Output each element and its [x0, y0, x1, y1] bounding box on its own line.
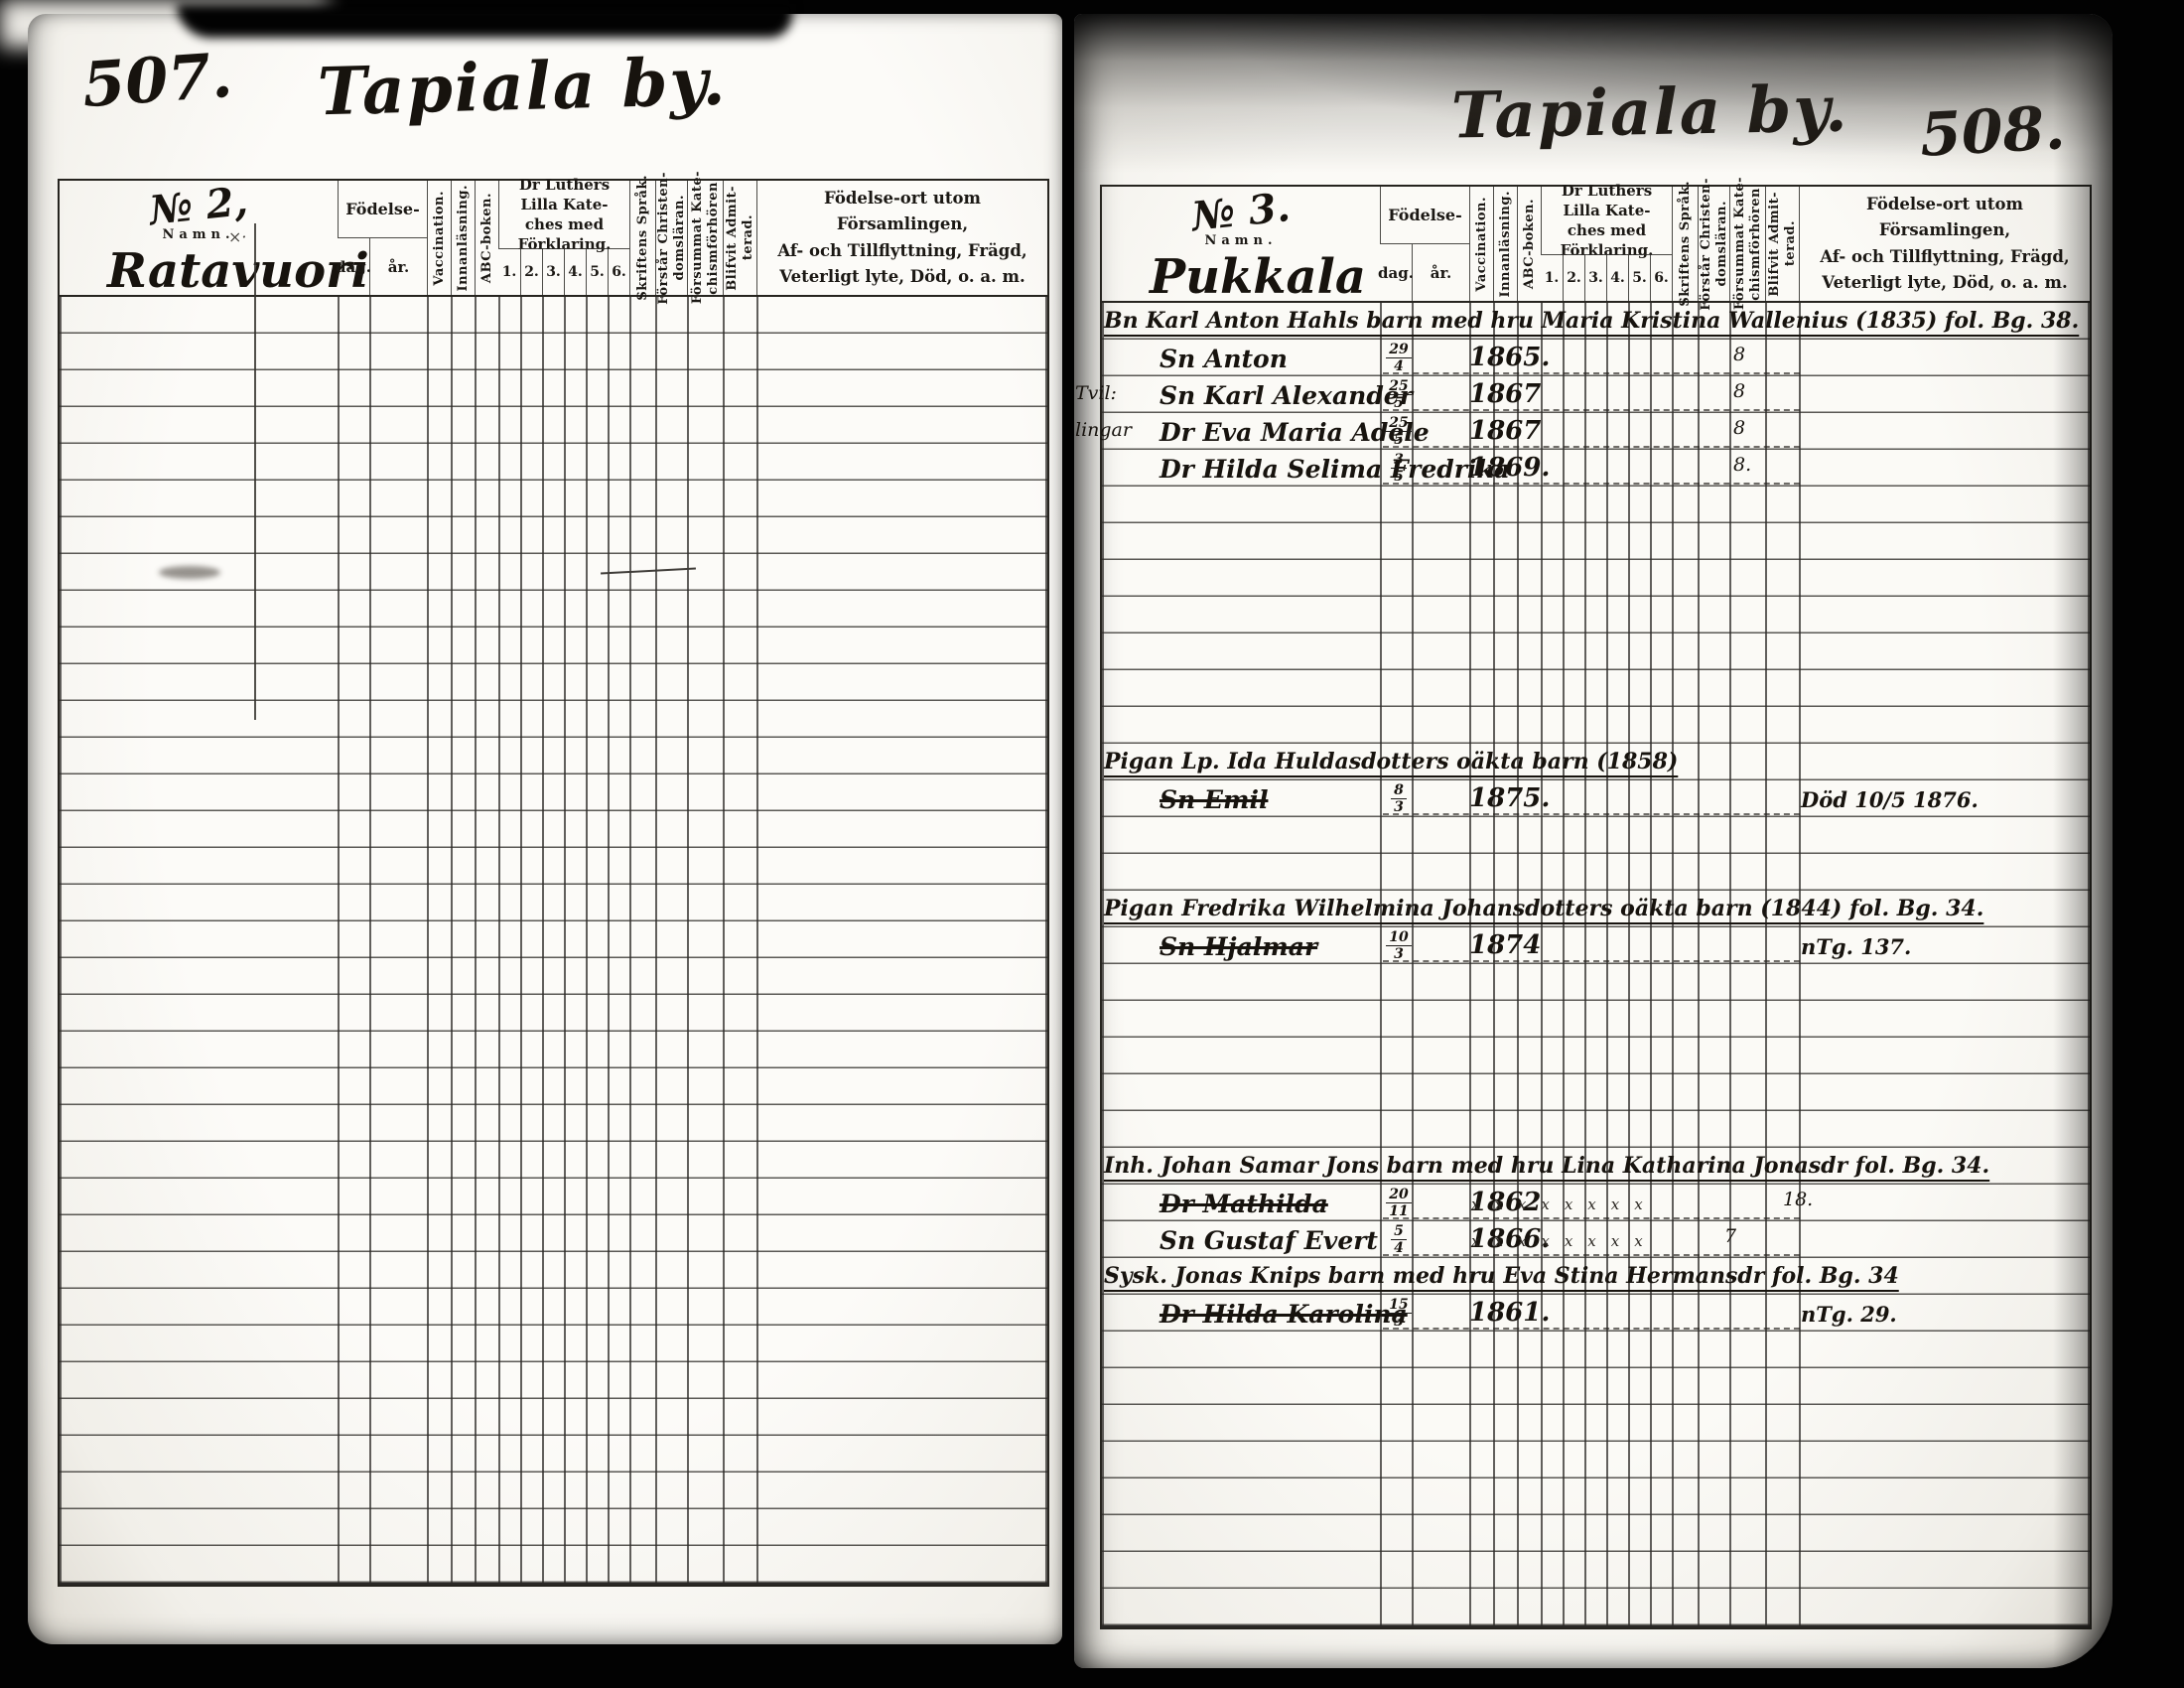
notes-column-header: Födelse-ort utom Församlingen, Af- och T… — [1799, 187, 2090, 301]
entry-name: Dr Hilda Selima Fredrika — [1160, 457, 1510, 482]
missed-exam-label-line2: chismförhören — [1748, 188, 1763, 301]
abc-book-label: ABC-boken. — [1522, 199, 1537, 289]
notes-label-line2: Af- och Tillflyttning, Frägd, — [1820, 244, 2069, 270]
entry-day: 35 — [1384, 453, 1414, 484]
entry-name: Dr Mathilda — [1160, 1192, 1328, 1216]
scripture-label: Skriftens Språk. — [1678, 181, 1693, 307]
entry-year: 1867 — [1469, 381, 1541, 407]
entry-family: Inh. Johan Samar Jons barn med hru Lina … — [1104, 1155, 1989, 1177]
name-column-header: № 2, Namn. Ratavuori — [60, 181, 338, 295]
column-line — [2088, 303, 2090, 1625]
column-line — [1650, 303, 1652, 1625]
catechism-col-3: 3. — [1584, 254, 1606, 301]
register-table: № 3. Namn. Pukkala Födelse- dag. år. Vac… — [1100, 185, 2092, 1629]
ditto-dashes — [1383, 372, 1800, 374]
column-line — [1584, 303, 1586, 1625]
entry-notes: nTg. 137. — [1801, 936, 1911, 957]
catechism-col-5: 5. — [586, 248, 608, 295]
entry-day: 294 — [1384, 343, 1414, 373]
abc-book-label: ABC-boken. — [479, 193, 494, 283]
column-line — [498, 297, 500, 1583]
entry-family: Sysk. Jonas Knips barn med hru Eva Stina… — [1104, 1265, 1899, 1287]
column-line — [427, 297, 429, 1583]
column-line — [586, 297, 588, 1583]
birth-day-header: dag. — [338, 237, 369, 295]
missed-exam-label-line1: Försummat Kate- — [1732, 177, 1747, 310]
entry-mark8: 8 — [1733, 382, 1745, 401]
admitted-header: Blifvit Admit- terad. — [1765, 187, 1799, 301]
entry-name: Sn Gustaf Evert — [1160, 1228, 1378, 1253]
ditto-dashes — [1383, 813, 1800, 815]
name-label: Namn. — [1102, 233, 1380, 248]
column-line — [520, 297, 522, 1583]
entry-day: 255 — [1384, 416, 1414, 447]
column-line — [1628, 303, 1630, 1625]
understands-label-line2: domsläran. — [1714, 201, 1729, 286]
entry-day: 54 — [1384, 1224, 1414, 1255]
catechism-header: Dr Luthers Lilla Kate- ches med Förklari… — [498, 181, 629, 248]
abc-book-header: ABC-boken. — [1517, 187, 1541, 301]
understands-header: Förstår Christen- domsläran. — [1698, 187, 1729, 301]
understands-label-line1: Förstår Christen- — [656, 172, 671, 305]
column-line — [756, 297, 758, 1583]
catechism-label-line1: Dr Luthers Lilla Kate- — [501, 175, 627, 215]
entry-mark18: 18. — [1783, 1191, 1813, 1209]
catechism-col-4: 4. — [1606, 254, 1628, 301]
admitted-label-line2: terad. — [1783, 220, 1798, 266]
entry-margin: lingar — [1075, 421, 1132, 440]
entry-year: 1865. — [1469, 345, 1550, 370]
column-line — [1765, 303, 1767, 1625]
scan-page-right: 508. Tapiala by. № 3. Namn. Pukkala Föde… — [1074, 14, 2113, 1668]
column-line — [1380, 303, 1382, 1625]
catechism-col-1: 1. — [498, 248, 520, 295]
entry-year: 1875. — [1469, 785, 1550, 811]
column-line — [1541, 303, 1543, 1625]
entry-name: Dr Hilda Karolina — [1160, 1302, 1408, 1327]
ditto-dashes — [1383, 409, 1800, 411]
column-line — [1102, 303, 1104, 1625]
scanned-parish-register: 507. Tapiala by. № 2, Namn. Ratavuori Fö… — [0, 0, 2184, 1688]
entry-mark8: 8. — [1733, 456, 1751, 475]
scan-page-left: 507. Tapiala by. № 2, Namn. Ratavuori Fö… — [28, 14, 1062, 1644]
notes-label-line1: Födelse-ort utom Församlingen, — [1806, 192, 2084, 244]
entry-family: Bn Karl Anton Hahls barn med hru Maria K… — [1104, 310, 2079, 332]
page-title: Tapiala by. — [1450, 72, 1849, 154]
catechism-label-line1: Dr Luthers Lilla Kate- — [1544, 181, 1670, 221]
birth-year-header: år. — [1412, 243, 1469, 301]
missed-exam-header: Försummat Kate- chismförhören — [1729, 187, 1765, 301]
admitted-header: Blifvit Admit- terad. — [723, 181, 756, 295]
vaccination-header: Vaccination. — [427, 181, 451, 295]
table-header: № 3. Namn. Pukkala Födelse- dag. år. Vac… — [1102, 187, 2090, 303]
column-line — [1698, 303, 1700, 1625]
birth-day-header: dag. — [1380, 243, 1412, 301]
column-line — [542, 297, 544, 1583]
page-number: 508. — [1918, 93, 2067, 171]
column-line — [1799, 303, 1801, 1625]
vaccination-header: Vaccination. — [1469, 187, 1493, 301]
page-title: Tapiala by. — [317, 43, 728, 131]
entry-mark8: 8 — [1733, 346, 1745, 364]
scripture-header: Skriftens Språk. — [1672, 187, 1698, 301]
catechism-header: Dr Luthers Lilla Kate- ches med Förklari… — [1541, 187, 1672, 254]
birth-column-header: Födelse- — [338, 181, 427, 237]
reading-header: Innanläsning. — [1493, 187, 1517, 301]
entry-year: 1867 — [1469, 418, 1541, 444]
entry-mark7: 7 — [1724, 1227, 1736, 1246]
column-line — [1412, 303, 1414, 1625]
entry-mark8: 8 — [1733, 419, 1745, 438]
column-line — [655, 297, 657, 1583]
entry-notes: Död 10/5 1876. — [1801, 789, 1979, 810]
page-number: 507. — [80, 39, 235, 121]
scripture-label: Skriftens Språk. — [635, 175, 650, 301]
understands-label-line2: domsläran. — [672, 195, 687, 280]
column-line — [1672, 303, 1674, 1625]
column-line — [1493, 303, 1495, 1625]
admitted-label-line1: Blifvit Admit- — [725, 186, 740, 291]
scan-artifact-vline — [254, 223, 256, 720]
abc-book-header: ABC-boken. — [475, 181, 498, 295]
reading-label: Innanläsning. — [456, 185, 471, 292]
name-column-header: № 3. Namn. Pukkala — [1102, 187, 1380, 301]
missed-exam-header: Försummat Kate- chismförhören — [687, 181, 723, 295]
notes-column-header: Födelse-ort utom Församlingen, Af- och T… — [756, 181, 1047, 295]
admitted-label-line1: Blifvit Admit- — [1767, 192, 1782, 297]
name-label: Namn. — [60, 227, 338, 242]
birth-year-header: år. — [369, 237, 427, 295]
column-line — [1606, 303, 1608, 1625]
table-header: № 2, Namn. Ratavuori Födelse- dag. år. V… — [60, 181, 1047, 297]
notes-label-line2: Af- och Tillflyttning, Frägd, — [777, 238, 1026, 264]
catechism-col-5: 5. — [1628, 254, 1650, 301]
notes-label-line1: Födelse-ort utom Församlingen, — [763, 186, 1041, 238]
household-name: Pukkala — [1150, 253, 1366, 301]
reading-label: Innanläsning. — [1498, 191, 1513, 298]
entry-day: 83 — [1384, 783, 1414, 814]
catechism-col-4: 4. — [564, 248, 586, 295]
entry-family: Pigan Fredrika Wilhelmina Johansdotters … — [1104, 898, 1983, 919]
entry-marks: xxxxxxxx — [1471, 1234, 1658, 1249]
catechism-col-6: 6. — [608, 248, 629, 295]
admitted-label-line2: terad. — [741, 214, 755, 260]
column-line — [338, 297, 340, 1583]
entry-notes: nTg. 29. — [1801, 1304, 1897, 1325]
entry-family: Pigan Lp. Ida Huldasdotters oäkta barn (… — [1104, 751, 1678, 773]
column-line — [1729, 303, 1731, 1625]
catechism-col-6: 6. — [1650, 254, 1672, 301]
scripture-header: Skriftens Språk. — [629, 181, 655, 295]
ditto-dashes — [1383, 1328, 1800, 1330]
entry-name: Sn Hjalmar — [1160, 934, 1317, 959]
column-line — [1045, 297, 1047, 1583]
birth-column-header: Födelse- — [1380, 187, 1469, 243]
column-line — [723, 297, 725, 1583]
column-line — [564, 297, 566, 1583]
catechism-col-3: 3. — [542, 248, 564, 295]
column-line — [687, 297, 689, 1583]
column-line — [475, 297, 477, 1583]
household-name: Ratavuori — [107, 247, 369, 295]
table-body: ×· — [60, 297, 1047, 1585]
ditto-dashes — [1383, 960, 1800, 962]
column-line — [629, 297, 631, 1583]
catechism-col-2: 2. — [1563, 254, 1584, 301]
entry-name: Sn Emil — [1160, 787, 1268, 812]
column-line — [1469, 303, 1471, 1625]
column-line — [1563, 303, 1565, 1625]
ditto-dashes — [1383, 446, 1800, 448]
entry-year: 1874 — [1469, 932, 1541, 958]
column-line — [369, 297, 371, 1583]
entry-marks: xxxxxxxx — [1471, 1197, 1658, 1212]
understands-label-line1: Förstår Christen- — [1699, 178, 1713, 311]
scan-artifact-smudge — [159, 566, 220, 579]
vaccination-label: Vaccination. — [432, 191, 447, 286]
entry-year: 1869. — [1469, 455, 1550, 481]
scan-artifact-mark: ×· — [228, 227, 247, 246]
entry-name: Sn Anton — [1160, 347, 1288, 371]
entry-margin: Tvil: — [1075, 384, 1117, 403]
catechism-col-2: 2. — [520, 248, 542, 295]
reading-header: Innanläsning. — [451, 181, 475, 295]
catechism-col-1: 1. — [1541, 254, 1563, 301]
entry-day: 255 — [1384, 379, 1414, 410]
column-line — [608, 297, 610, 1583]
entry-day: 153 — [1384, 1298, 1414, 1329]
entry-name: Sn Karl Alexander — [1160, 383, 1413, 408]
column-line — [451, 297, 453, 1583]
ditto-dashes — [1383, 1217, 1800, 1219]
notes-label-line3: Veterligt lyte, Död, o. a. m. — [779, 264, 1024, 290]
column-line — [1517, 303, 1519, 1625]
missed-exam-label-line1: Försummat Kate- — [690, 171, 705, 304]
ditto-dashes — [1383, 1254, 1800, 1256]
scan-artifact-dash — [601, 567, 696, 574]
entry-year: 1861. — [1469, 1300, 1550, 1326]
vaccination-label: Vaccination. — [1474, 197, 1489, 292]
column-line — [60, 297, 62, 1583]
register-table: № 2, Namn. Ratavuori Födelse- dag. år. V… — [58, 179, 1049, 1587]
entry-day: 103 — [1384, 930, 1414, 961]
understands-header: Förstår Christen- domsläran. — [655, 181, 687, 295]
entry-day: 2011 — [1384, 1188, 1414, 1218]
notes-label-line3: Veterligt lyte, Död, o. a. m. — [1822, 270, 2067, 296]
missed-exam-label-line2: chismförhören — [706, 182, 721, 295]
table-body: Bn Karl Anton Hahls barn med hru Maria K… — [1102, 303, 2090, 1627]
